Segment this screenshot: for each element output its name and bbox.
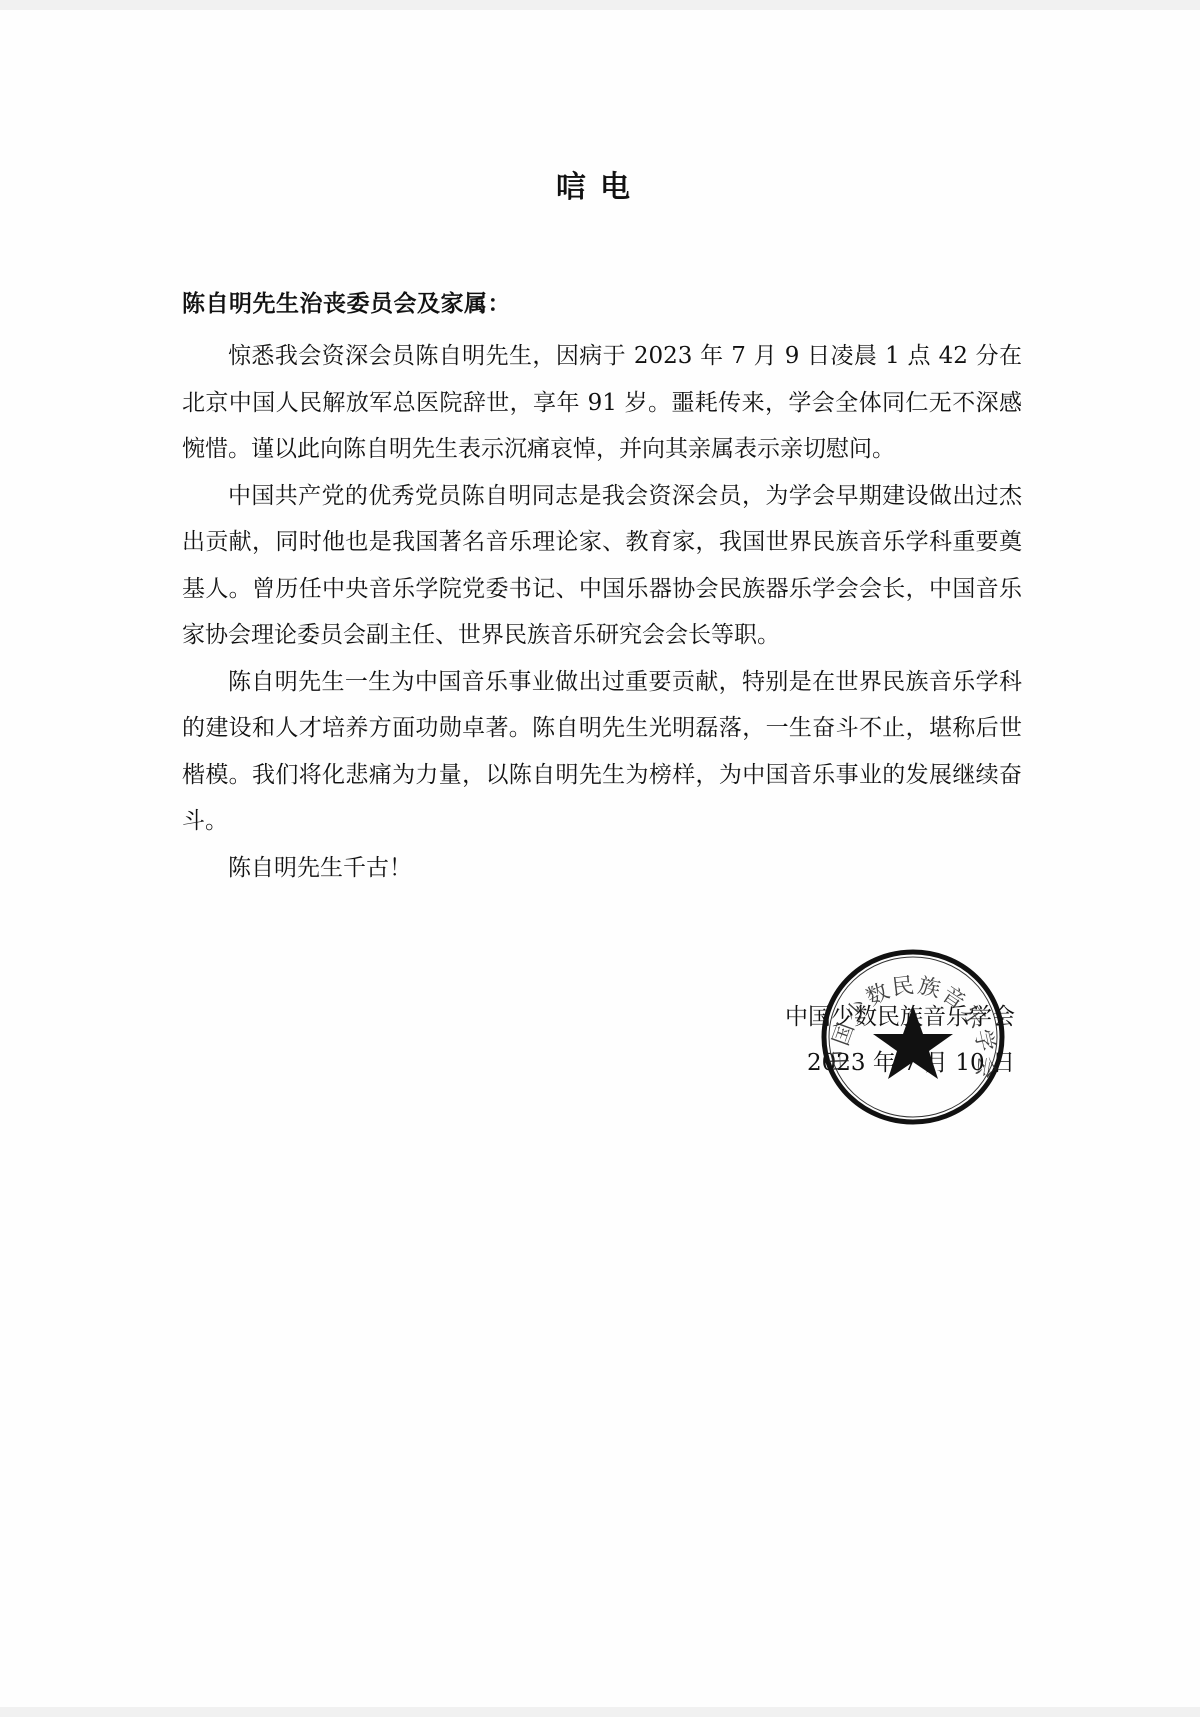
document-body: 惊悉我会资深会员陈自明先生，因病于 2023 年 7 月 9 日凌晨 1 点 4… [182, 333, 1022, 891]
paragraph: 惊悉我会资深会员陈自明先生，因病于 2023 年 7 月 9 日凌晨 1 点 4… [182, 333, 1022, 473]
bottom-edge-band [0, 1707, 1200, 1717]
top-edge-band [0, 0, 1200, 10]
paragraph: 陈自明先生千古！ [182, 845, 1022, 892]
star-icon [873, 1006, 953, 1079]
official-seal-stamp: 中国少数民族音乐学会 [820, 948, 1006, 1126]
document-title: 唁电 [0, 162, 1200, 206]
paragraph: 陈自明先生一生为中国音乐事业做出过重要贡献，特别是在世界民族音乐学科的建设和人才… [182, 659, 1022, 845]
paragraph: 中国共产党的优秀党员陈自明同志是我会资深会员，为学会早期建设做出过杰出贡献，同时… [182, 473, 1022, 659]
salutation: 陈自明先生治丧委员会及家属： [182, 285, 511, 318]
